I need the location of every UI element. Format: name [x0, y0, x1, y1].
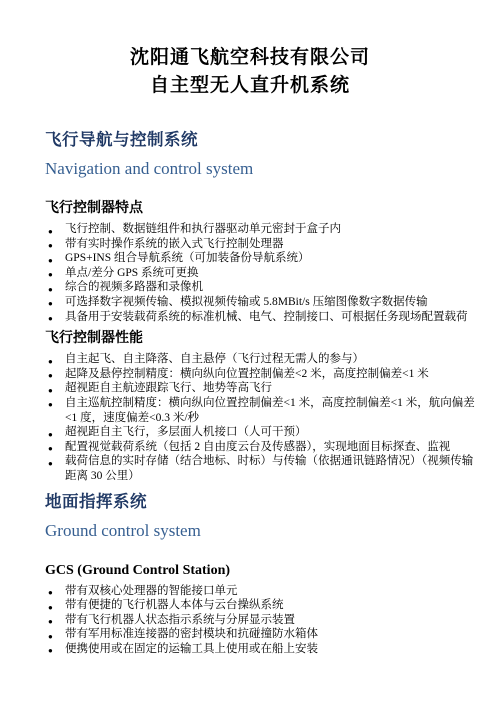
list-item-text: 具备用于安装载荷系统的标准机械、电气、控制接口、可根据任务现场配置载荷: [65, 311, 468, 323]
bullet-list-gcs: ● 带有双核心处理器的智能接口单元 ● 带有便捷的飞行机器人本体与云台操纵系统 …: [45, 584, 476, 657]
subsection-title-flight-controller-performance: 飞行控制器性能: [45, 330, 476, 348]
list-item-text: 自主起飞、自主降落、自主悬停（飞行过程无需人的参与）: [65, 353, 364, 365]
subsection-title-gcs: GCS (Ground Control Station): [45, 562, 476, 580]
list-item-text: 自主巡航控制精度：横向纵向位置控制偏差<1 米，高度控制偏差<1 米，航向偏差<…: [65, 397, 475, 424]
bullet-icon: ●: [48, 312, 53, 327]
list-item: ● 带有便捷的飞行机器人本体与云台操纵系统: [45, 598, 476, 613]
section-heading-en-navigation: Navigation and control system: [45, 158, 476, 179]
subsection-title-flight-controller-features: 飞行控制器特点: [45, 200, 476, 218]
list-item: ● 超视距自主飞行，多层面人机接口（人可干预）: [45, 425, 476, 440]
list-item: ● GPS+INS 组合导航系统（可加装备份导航系统）: [45, 251, 476, 266]
list-item: ● 综合的视频多路器和录像机: [45, 280, 476, 295]
list-item: ● 载荷信息的实时存储（结合地标、时标）与传输（依据通讯链路情况）（视频传输距离…: [45, 454, 476, 483]
bullet-icon: ●: [48, 457, 53, 472]
section-heading-en-ground-control: Ground control system: [45, 520, 476, 541]
list-item: ● 自主巡航控制精度：横向纵向位置控制偏差<1 米，高度控制偏差<1 米，航向偏…: [45, 396, 476, 425]
bullet-icon: ●: [48, 644, 53, 659]
list-item-text: 超视距自主航迹跟踪飞行、地势等高飞行: [65, 382, 272, 394]
list-item-text: 带有飞行机器人状态指示系统与分屏显示装置: [65, 614, 295, 626]
section-heading-zh-ground-control: 地面指挥系统: [45, 492, 476, 512]
list-item-text: 带有实时操作系统的嵌入式飞行控制处理器: [65, 238, 284, 250]
list-item-text: 带有双核心处理器的智能接口单元: [65, 585, 238, 597]
section-heading-zh-navigation: 飞行导航与控制系统: [45, 130, 476, 150]
list-item-text: 单点/差分 GPS 系统可更换: [65, 267, 199, 279]
list-item-text: 飞行控制、数据链组件和执行器驱动单元密封于盒子内: [65, 223, 341, 235]
bullet-list-flight-controller-performance: ● 自主起飞、自主降落、自主悬停（飞行过程无需人的参与） ● 起降及悬停控制精度…: [45, 352, 476, 483]
list-item-text: 便携使用或在固定的运输工具上使用或在船上安装: [65, 643, 318, 655]
list-item-text: 综合的视频多路器和录像机: [65, 281, 203, 293]
list-item: ● 单点/差分 GPS 系统可更换: [45, 266, 476, 281]
document-title: 沈阳通飞航空科技有限公司 自主型无人直升机系统: [45, 44, 455, 100]
list-item-text: 起降及悬停控制精度：横向纵向位置控制偏差<2 米，高度控制偏差<1 米: [65, 368, 429, 380]
list-item-text: 超视距自主飞行，多层面人机接口（人可干预）: [65, 426, 307, 438]
company-name: 沈阳通飞航空科技有限公司: [45, 44, 455, 72]
list-item: ● 具备用于安装载荷系统的标准机械、电气、控制接口、可根据任务现场配置载荷: [45, 310, 476, 325]
list-item-text: 配置视觉载荷系统（包括 2 自由度云台及传感器），实现地面目标探查、监视: [65, 441, 450, 453]
list-item: ● 便携使用或在固定的运输工具上使用或在船上安装: [45, 642, 476, 657]
list-item: ● 带有军用标准连接器的密封模块和抗碰撞防水箱体: [45, 627, 476, 642]
product-name: 自主型无人直升机系统: [45, 72, 455, 100]
list-item-text: 载荷信息的实时存储（结合地标、时标）与传输（依据通讯链路情况）（视频传输距离 3…: [65, 455, 473, 482]
list-item-text: GPS+INS 组合导航系统（可加装备份导航系统）: [65, 252, 310, 264]
list-item: ● 配置视觉载荷系统（包括 2 自由度云台及传感器），实现地面目标探查、监视: [45, 440, 476, 455]
list-item: ● 自主起飞、自主降落、自主悬停（飞行过程无需人的参与）: [45, 352, 476, 367]
list-item-text: 可选择数字视频传输、模拟视频传输或 5.8MBit/s 压缩图像数字数据传输: [65, 296, 428, 308]
list-item: ● 起降及悬停控制精度：横向纵向位置控制偏差<2 米，高度控制偏差<1 米: [45, 367, 476, 382]
list-item: ● 带有飞行机器人状态指示系统与分屏显示装置: [45, 613, 476, 628]
list-item: ● 可选择数字视频传输、模拟视频传输或 5.8MBit/s 压缩图像数字数据传输: [45, 295, 476, 310]
list-item: ● 飞行控制、数据链组件和执行器驱动单元密封于盒子内: [45, 222, 476, 237]
list-item: ● 带有双核心处理器的智能接口单元: [45, 584, 476, 599]
document-page: 沈阳通飞航空科技有限公司 自主型无人直升机系统 飞行导航与控制系统 Naviga…: [0, 0, 500, 708]
list-item-text: 带有便捷的飞行机器人本体与云台操纵系统: [65, 599, 284, 611]
bullet-list-flight-controller-features: ● 飞行控制、数据链组件和执行器驱动单元密封于盒子内 ● 带有实时操作系统的嵌入…: [45, 222, 476, 324]
list-item: ● 带有实时操作系统的嵌入式飞行控制处理器: [45, 237, 476, 252]
list-item-text: 带有军用标准连接器的密封模块和抗碰撞防水箱体: [65, 628, 318, 640]
bullet-icon: ●: [48, 398, 53, 413]
list-item: ● 超视距自主航迹跟踪飞行、地势等高飞行: [45, 381, 476, 396]
